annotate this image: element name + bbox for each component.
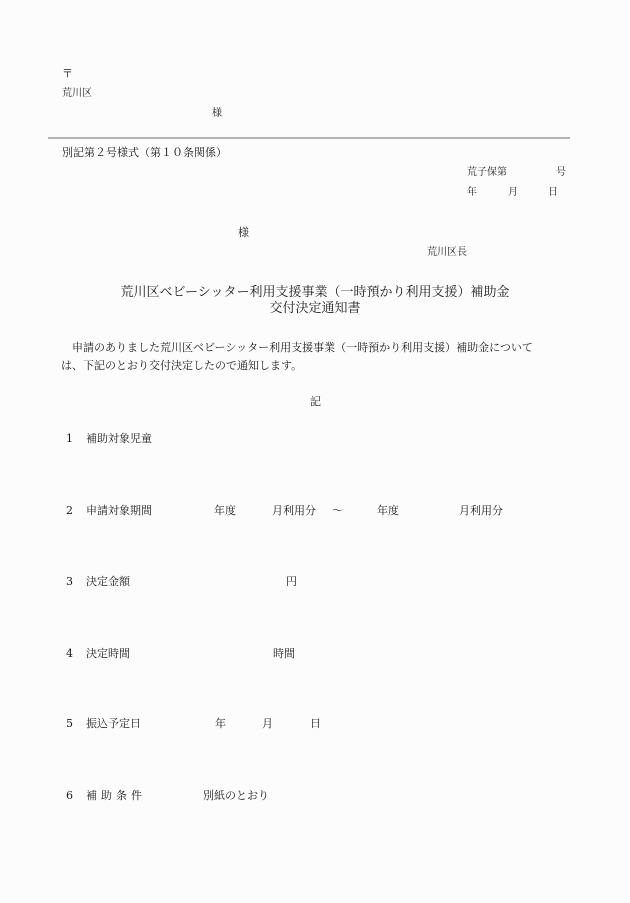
item-number: 5 [66, 717, 73, 731]
ki-heading: 記 [310, 395, 321, 409]
notice-body: 申請のありました荒川区ベビーシッター利用支援事業（一時預かり利用支援）補助金につ… [61, 339, 571, 375]
conditions-value: 別紙のとおり [203, 789, 269, 803]
date-day: 日 [548, 187, 558, 199]
document-number-prefix: 荒子保第 [467, 167, 507, 179]
postal-mark: 〒 [62, 67, 73, 81]
item-number: 4 [66, 647, 73, 661]
transfer-day: 日 [310, 717, 321, 731]
item-number: 6 [66, 789, 73, 803]
address-ward: 荒川区 [62, 88, 92, 100]
item-number: 2 [66, 504, 73, 518]
period-end-month: 月利用分 [459, 504, 503, 518]
item-label: 申請対象期間 [86, 504, 152, 518]
date-year: 年 [467, 187, 477, 199]
period-start-month: 月利用分 [272, 504, 316, 518]
body-line-1: 申請のありました荒川区ベビーシッター利用支援事業（一時預かり利用支援）補助金につ… [61, 339, 571, 357]
item-label: 補助条件 [86, 789, 146, 803]
transfer-month: 月 [262, 717, 273, 731]
item-label: 決定時間 [86, 647, 130, 661]
transfer-year: 年 [215, 717, 226, 731]
document-number-suffix: 号 [556, 167, 566, 179]
item-label: 補助対象児童 [86, 432, 152, 446]
address-honorific: 様 [212, 108, 222, 120]
document-title: 荒川区ベビーシッター利用支援事業（一時預かり利用支援）補助金 交付決定通知書 [0, 285, 630, 317]
title-line-2: 交付決定通知書 [0, 301, 630, 317]
amount-unit-yen: 円 [286, 575, 297, 589]
period-range-separator: ～ [332, 504, 343, 518]
period-start-fiscal-year: 年度 [214, 504, 236, 518]
sender-name: 荒川区長 [427, 247, 467, 259]
recipient-honorific: 様 [238, 226, 249, 240]
hours-unit: 時間 [273, 647, 295, 661]
period-end-fiscal-year: 年度 [377, 504, 399, 518]
item-label: 振込予定日 [86, 717, 141, 731]
cut-line-divider [48, 137, 570, 139]
body-line-2: は、下記のとおり交付決定したので通知します。 [61, 357, 571, 375]
item-number: 1 [66, 432, 73, 446]
date-month: 月 [508, 187, 518, 199]
item-label: 決定金額 [86, 575, 130, 589]
item-number: 3 [66, 575, 73, 589]
title-line-1: 荒川区ベビーシッター利用支援事業（一時預かり利用支援）補助金 [0, 285, 630, 301]
form-number: 別記第２号様式（第１０条関係） [62, 146, 227, 160]
